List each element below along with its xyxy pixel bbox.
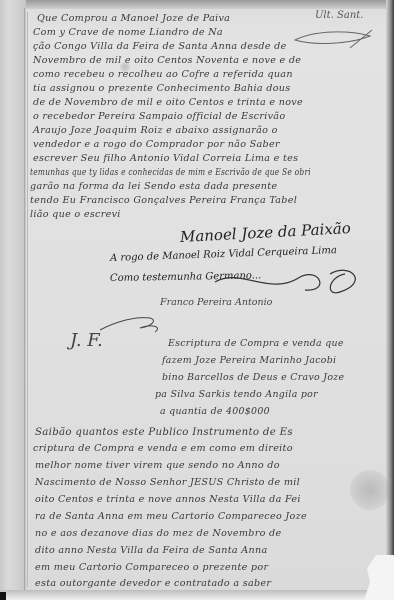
summary-line: bino Barcellos de Deus e Cravo Joze xyxy=(162,372,344,383)
page-bottom-edge xyxy=(0,590,394,600)
margin-rule xyxy=(27,12,28,587)
text-line: como recebeu o recolheu ao Cofre a refer… xyxy=(33,69,293,80)
summary-line: Escriptura de Compra e venda que xyxy=(168,338,344,349)
signature-tabelliao: Franco Pereira Antonio xyxy=(160,297,272,308)
summary-line: pa Silva Sarkis tendo Angila por xyxy=(155,389,318,400)
text-line: oito Centos e trinta e nove annos Nesta … xyxy=(35,494,301,505)
binding-fold-line xyxy=(24,8,25,593)
text-line: de de Novembro de mil e oito Centos e tr… xyxy=(33,97,303,108)
text-line: o recebedor Pereira Sampaio official de … xyxy=(33,111,285,122)
text-line: Novembro de mil e oito Centos Noventa e … xyxy=(33,55,301,66)
corner-flourish-icon xyxy=(290,28,375,50)
text-line: criptura de Compra e venda e em como em … xyxy=(33,443,293,454)
initials-flourish-icon xyxy=(95,312,165,340)
text-line: lião que o escrevi xyxy=(30,209,121,220)
summary-line: fazem Joze Pereira Marinho Jacobi xyxy=(162,355,336,366)
signature-flourish-icon xyxy=(210,262,370,302)
signature-seller: Manoel Joze da Paixão xyxy=(180,219,352,246)
summary-line: a quantia de 400$000 xyxy=(160,406,270,417)
text-line: em meu Cartorio Compareceo o prezente po… xyxy=(35,562,268,573)
corner-note: Ult. Sant. xyxy=(315,10,363,21)
text-line: ção Congo Villa da Feira de Santa Anna d… xyxy=(33,41,287,52)
text-line: tendo Eu Francisco Gonçalves Pereira Fra… xyxy=(30,195,297,206)
text-line: temunhas que ty lidas e conhecidas de mi… xyxy=(30,167,311,178)
text-line: melhor nome tiver virem que sendo no Ann… xyxy=(35,460,280,471)
text-line: Que Comprou a Manoel Joze de Paiva xyxy=(37,13,230,24)
torn-corner xyxy=(364,555,394,600)
text-line: vendedor e a rogo do Comprador por não S… xyxy=(33,139,280,150)
manuscript-scan: Ult. Sant. Que Comprou a Manoel Joze de … xyxy=(0,0,394,600)
text-line: esta outorgante devedor e contratado a s… xyxy=(35,578,271,589)
paper-stain xyxy=(350,470,390,510)
text-line: Araujo Joze Joaquim Roiz e abaixo assign… xyxy=(33,125,278,136)
page-top-shadow xyxy=(0,0,394,9)
text-line: tia assignou o prezente Conhecimento Bah… xyxy=(33,83,291,94)
text-line: Nascimento de Nosso Senhor JESUS Christo… xyxy=(35,477,300,488)
text-line: garão na forma da lei Sendo esta dada pr… xyxy=(30,181,277,192)
text-line: Saibão quantos este Publico Instrumento … xyxy=(35,427,293,438)
text-line: dito anno Nesta Villa da Feira de Santa … xyxy=(35,545,267,556)
text-line: Com y Crave de nome Liandro de Na xyxy=(33,27,223,38)
page-binding xyxy=(0,0,26,595)
text-line: escrever Seu filho Antonio Vidal Correia… xyxy=(33,153,298,164)
page-right-edge xyxy=(386,0,394,600)
text-line: no e aos dezanove dias do mez de Novembr… xyxy=(35,528,281,539)
scan-corner xyxy=(0,592,6,600)
text-line: ra de Santa Anna em meu Cartorio Compare… xyxy=(35,511,307,522)
